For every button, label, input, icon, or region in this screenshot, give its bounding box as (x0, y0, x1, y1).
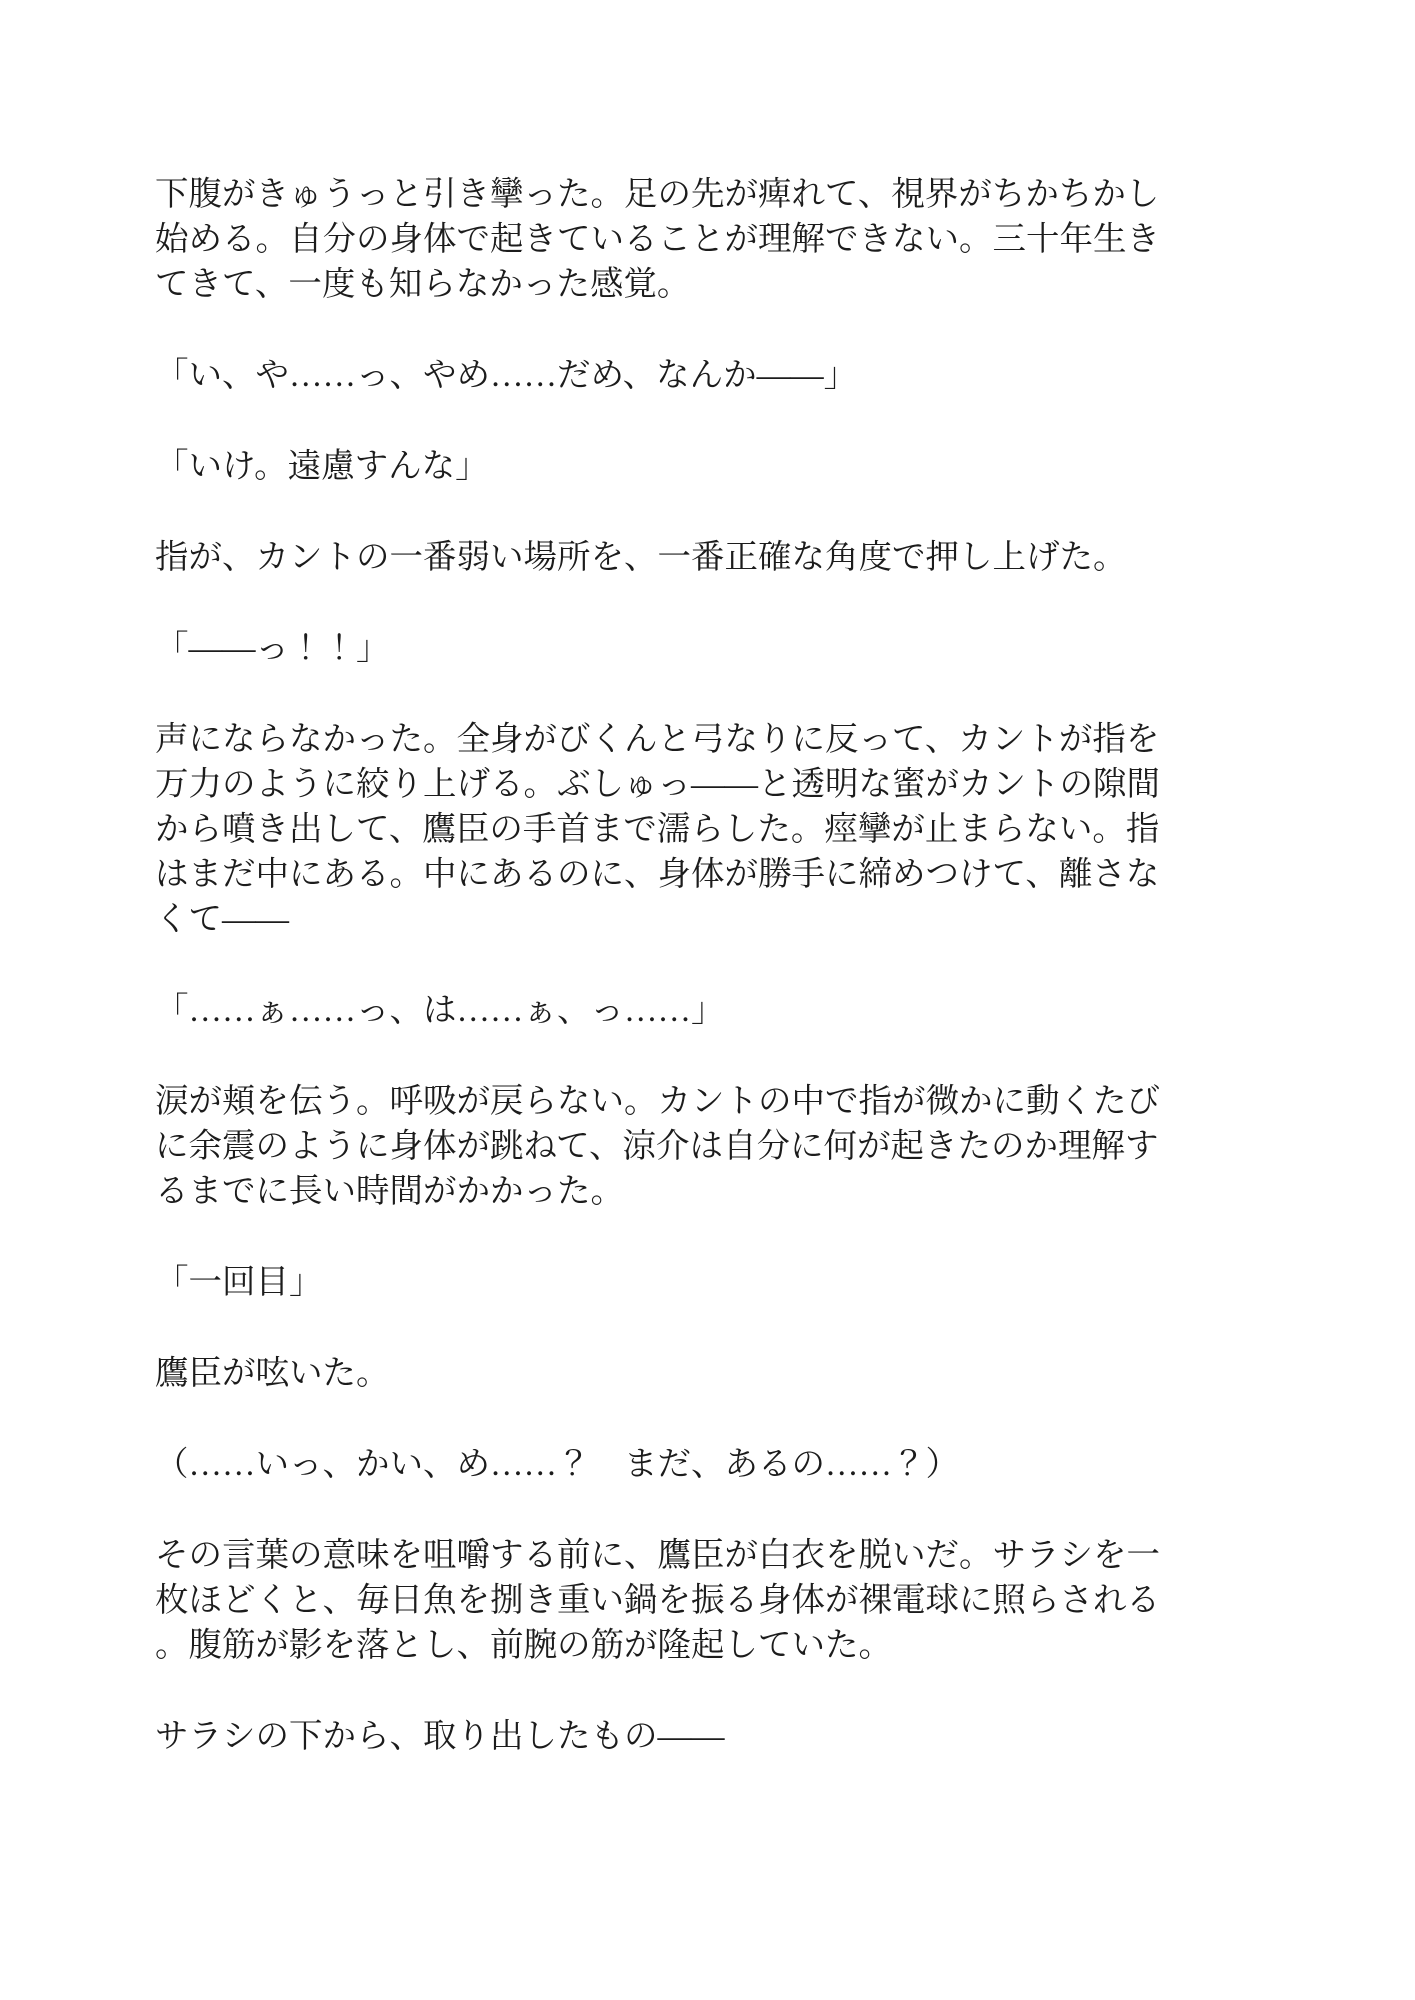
paragraph-5: 鷹臣が呟いた。 (155, 1351, 1165, 1396)
text-line: 始める。自分の身体で起きていることが理解できない。三十年生き (155, 217, 1165, 262)
text-line: 声にならなかった。全身がびくんと弓なりに反って、カントが指を (155, 717, 1165, 762)
paragraph-7: サラシの下から、取り出したもの―― (155, 1714, 1165, 1759)
paragraph-1: 下腹がきゅうっと引き攣った。足の先が痺れて、視界がちかちかし始める。自分の身体で… (155, 172, 1165, 307)
text-line: 指が、カントの一番弱い場所を、一番正確な角度で押し上げた。 (155, 535, 1165, 580)
paragraph-2: 指が、カントの一番弱い場所を、一番正確な角度で押し上げた。 (155, 535, 1165, 580)
thought-1: （……いっ、かい、め……？ まだ、あるの……？） (155, 1442, 1165, 1487)
text-line: 「いけ。遠慮すんな」 (155, 444, 1165, 489)
text-line: はまだ中にある。中にあるのに、身体が勝手に締めつけて、離さな (155, 852, 1165, 897)
text-line: 鷹臣が呟いた。 (155, 1351, 1165, 1396)
text-line: に余震のように身体が跳ねて、涼介は自分に何が起きたのか理解す (155, 1124, 1165, 1169)
text-line: から噴き出して、鷹臣の手首まで濡らした。痙攣が止まらない。指 (155, 807, 1165, 852)
text-line: （……いっ、かい、め……？ まだ、あるの……？） (155, 1442, 1165, 1487)
text-line: くて―― (155, 897, 1165, 942)
text-line: 「一回目」 (155, 1260, 1165, 1305)
document-page: 下腹がきゅうっと引き攣った。足の先が痺れて、視界がちかちかし始める。自分の身体で… (0, 0, 1415, 2000)
text-line: るまでに長い時間がかかった。 (155, 1169, 1165, 1214)
paragraph-6: その言葉の意味を咀嚼する前に、鷹臣が白衣を脱いだ。サラシを一枚ほどくと、毎日魚を… (155, 1533, 1165, 1668)
text-line: 。腹筋が影を落とし、前腕の筋が隆起していた。 (155, 1623, 1165, 1668)
text-line: サラシの下から、取り出したもの―― (155, 1714, 1165, 1759)
dialogue-1: 「い、や……っ、やめ……だめ、なんか――」 (155, 353, 1165, 398)
text-line: 「……ぁ……っ、は……ぁ、っ……」 (155, 988, 1165, 1033)
text-line: その言葉の意味を咀嚼する前に、鷹臣が白衣を脱いだ。サラシを一 (155, 1533, 1165, 1578)
dialogue-4: 「……ぁ……っ、は……ぁ、っ……」 (155, 988, 1165, 1033)
document-body: 下腹がきゅうっと引き攣った。足の先が痺れて、視界がちかちかし始める。自分の身体で… (155, 172, 1165, 1759)
text-line: 下腹がきゅうっと引き攣った。足の先が痺れて、視界がちかちかし (155, 172, 1165, 217)
paragraph-4: 涙が頬を伝う。呼吸が戻らない。カントの中で指が微かに動くたびに余震のように身体が… (155, 1079, 1165, 1214)
text-line: 「い、や……っ、やめ……だめ、なんか――」 (155, 353, 1165, 398)
text-line: 万力のように絞り上げる。ぶしゅっ――と透明な蜜がカントの隙間 (155, 762, 1165, 807)
text-line: てきて、一度も知らなかった感覚。 (155, 262, 1165, 307)
text-line: 涙が頬を伝う。呼吸が戻らない。カントの中で指が微かに動くたび (155, 1079, 1165, 1124)
dialogue-3: 「――っ！！」 (155, 626, 1165, 671)
text-line: 枚ほどくと、毎日魚を捌き重い鍋を振る身体が裸電球に照らされる (155, 1578, 1165, 1623)
dialogue-2: 「いけ。遠慮すんな」 (155, 444, 1165, 489)
dialogue-5: 「一回目」 (155, 1260, 1165, 1305)
text-line: 「――っ！！」 (155, 626, 1165, 671)
paragraph-3: 声にならなかった。全身がびくんと弓なりに反って、カントが指を万力のように絞り上げ… (155, 717, 1165, 942)
